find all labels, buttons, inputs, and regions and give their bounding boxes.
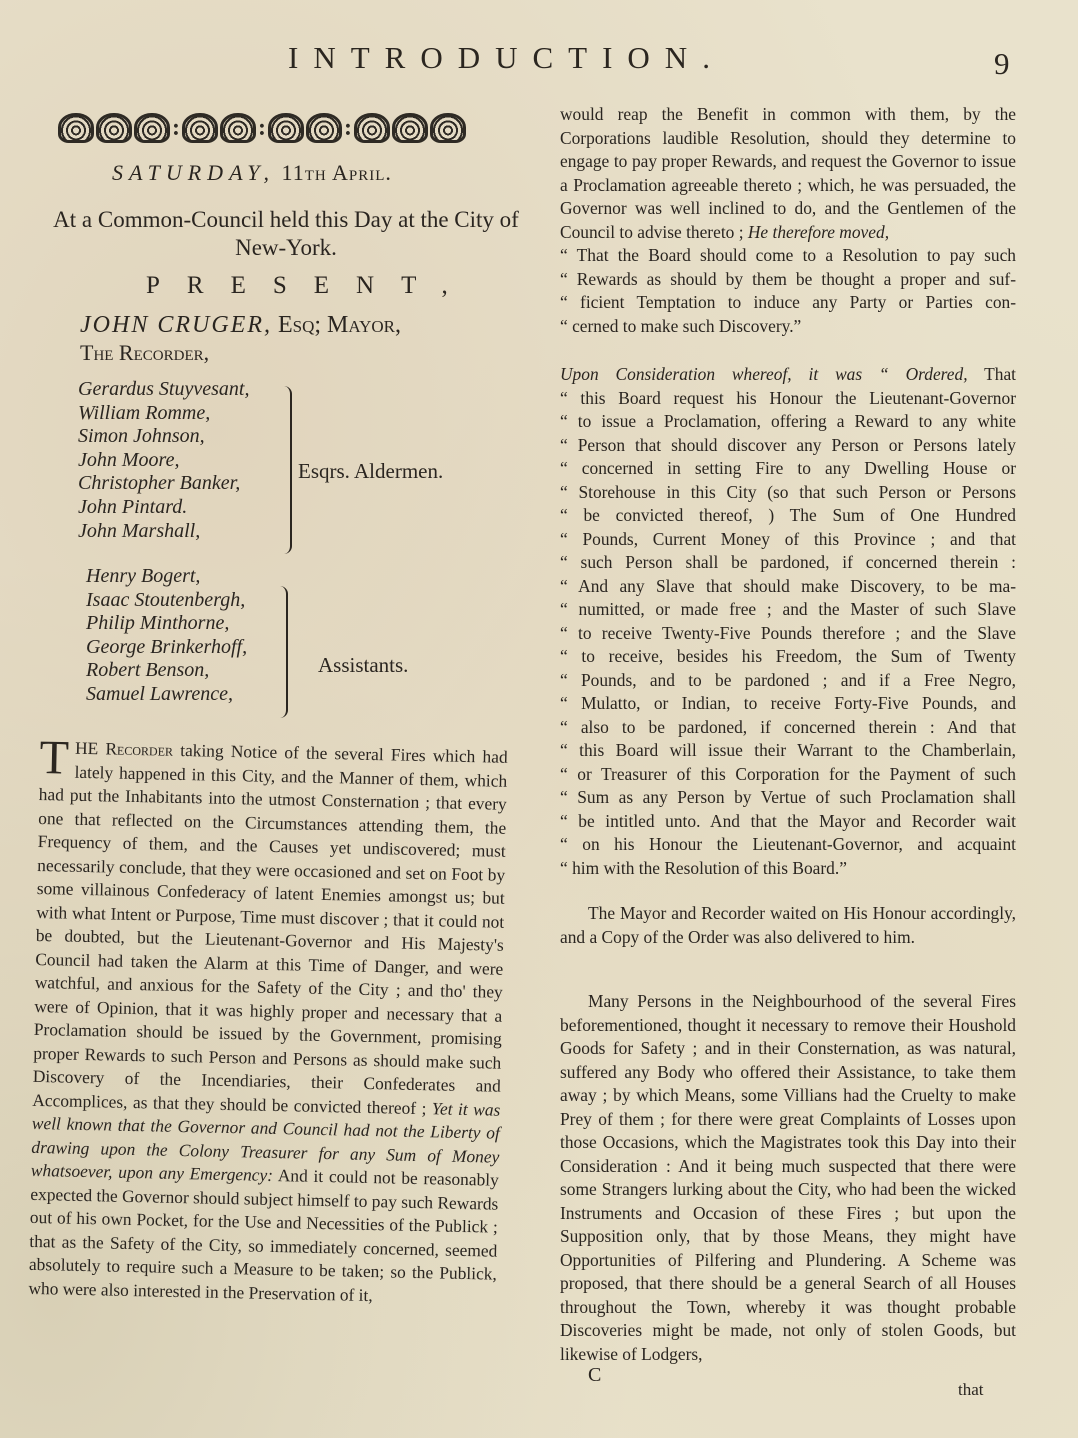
quote-line: “ such Person shall be pardoned, if conc… <box>560 551 1016 575</box>
ornament-scroll-icon <box>306 113 342 143</box>
assistant-name: Robert Benson, <box>86 659 247 683</box>
quote-line: “ ficient Temptation to induce any Party… <box>560 291 1016 315</box>
continuation-paragraph: would reap the Benefit in common with th… <box>560 103 1016 338</box>
alderman-name: John Moore, <box>78 449 249 473</box>
ornament-scroll-icon <box>220 113 256 143</box>
order-italic-lead: Upon Consideration whereof, it was “ Ord… <box>560 364 968 384</box>
paragraph-italic: He therefore moved, <box>748 222 889 242</box>
date-value: 11th April. <box>282 160 392 185</box>
assistants-label: Assistants. <box>318 653 408 678</box>
quote-line: “ also to be pardoned, if concerned ther… <box>560 716 1016 740</box>
paragraph-text: taking Notice of the several Fires which… <box>32 740 508 1118</box>
mayor-title: Esq; Mayor, <box>278 312 401 338</box>
page-number: 9 <box>994 46 1010 82</box>
alderman-name: Gerardus Stuyvesant, <box>78 378 249 402</box>
drop-cap: T <box>39 738 69 779</box>
ornament-colon-icon: : <box>172 116 180 140</box>
assistant-name: Samuel Lawrence, <box>86 683 247 707</box>
quote-line: “ to receive Twenty-Five Pounds therefor… <box>560 622 1016 646</box>
quote-line: “ And any Slave that should make Discove… <box>560 575 1016 599</box>
quote-line: “ this Board request his Honour the Lieu… <box>560 387 1016 411</box>
mayor-name: JOHN CRUGER, <box>80 312 272 338</box>
quote-line: “ him with the Resolution of this Board.… <box>560 857 1016 881</box>
ornament-scroll-icon <box>134 113 170 143</box>
quote-line: “ Pounds, Current Money of this Province… <box>560 528 1016 552</box>
ornament-colon-icon: : <box>258 116 266 140</box>
aldermen-list: Gerardus Stuyvesant, William Romme, Simo… <box>78 378 249 543</box>
signature-mark: C <box>588 1364 601 1387</box>
meeting-heading: At a Common-Council held this Day at the… <box>50 206 522 262</box>
present-heading: PRESENT, <box>146 272 475 300</box>
assistant-name: Henry Bogert, <box>86 565 247 589</box>
recorder-paragraph: THE Recorder taking Notice of the severa… <box>28 736 508 1310</box>
quote-line: “ Sum as any Person by Vertue of such Pr… <box>560 786 1016 810</box>
assistant-name: George Brinkerhoff, <box>86 636 247 660</box>
quote-line: “ Storehouse in this City (so that such … <box>560 481 1016 505</box>
quote-line: “ That the Board should come to a Resolu… <box>560 244 1016 268</box>
date-day: SATURDAY, <box>112 160 275 185</box>
brace-icon <box>276 586 288 718</box>
recorder-line: The Recorder, <box>80 340 209 366</box>
alderman-name: Simon Johnson, <box>78 425 249 449</box>
alderman-name: John Marshall, <box>78 520 249 544</box>
quote-line: “ be intitled unto. And that the Mayor a… <box>560 810 1016 834</box>
running-title: INTRODUCTION. <box>288 40 725 76</box>
quote-line: “ or Treasurer of this Corporation for t… <box>560 763 1016 787</box>
paragraph-lead: HE Recorder <box>75 738 173 760</box>
ornament-scroll-icon <box>182 113 218 143</box>
quote-line: “ to issue a Proclamation, offering a Re… <box>560 410 1016 434</box>
quote-line: “ on his Honour the Lieutenant-Governor,… <box>560 833 1016 857</box>
aldermen-label: Esqrs. Aldermen. <box>298 459 443 484</box>
brace-icon <box>280 386 292 554</box>
quote-line: “ Mulatto, or Indian, to receive Forty-F… <box>560 692 1016 716</box>
quote-line: “ to receive, besides his Freedom, the S… <box>560 645 1016 669</box>
alderman-name: Christopher Banker, <box>78 472 249 496</box>
alderman-name: John Pintard. <box>78 496 249 520</box>
ornament-scroll-icon <box>268 113 304 143</box>
order-first-line: Upon Consideration whereof, it was “ Ord… <box>560 363 1016 387</box>
quote-line: “ this Board will issue their Warrant to… <box>560 739 1016 763</box>
alderman-name: William Romme, <box>78 402 249 426</box>
quote-line: “ cerned to make such Discovery.” <box>560 315 1016 339</box>
assistant-name: Isaac Stoutenbergh, <box>86 589 247 613</box>
order-paragraph: Upon Consideration whereof, it was “ Ord… <box>560 363 1016 880</box>
ornament-scroll-icon <box>354 113 390 143</box>
date-heading: SATURDAY, 11th April. <box>112 160 392 186</box>
quote-line: “ concerned in setting Fire to any Dwell… <box>560 457 1016 481</box>
ornament-scroll-icon <box>392 113 428 143</box>
book-page: INTRODUCTION. 9 : : : SATURDAY, 11th Apr… <box>0 0 1078 1438</box>
mayor-waited-paragraph: The Mayor and Recorder waited on His Hon… <box>560 902 1016 949</box>
catchword: that <box>958 1380 984 1400</box>
quote-line: “ numitted, or made free ; and the Maste… <box>560 598 1016 622</box>
quote-line: “ Person that should discover any Person… <box>560 434 1016 458</box>
paragraph-text: And it could not be reasonably expected … <box>28 1165 499 1305</box>
quote-line: “ Rewards as should by them be thought a… <box>560 268 1016 292</box>
quote-line: “ be convicted thereof, ) The Sum of One… <box>560 504 1016 528</box>
assistant-name: Philip Minthorne, <box>86 612 247 636</box>
quote-line: “ Pounds, and to be pardoned ; and if a … <box>560 669 1016 693</box>
ornament-scroll-icon <box>58 113 94 143</box>
assistants-list: Henry Bogert, Isaac Stoutenbergh, Philip… <box>86 565 247 707</box>
ornament-scroll-icon <box>430 113 466 143</box>
search-scheme-paragraph: Many Persons in the Neighbourhood of the… <box>560 990 1016 1366</box>
ornament-band-icon: : : : <box>58 110 524 146</box>
quote-line: That <box>984 364 1016 384</box>
ornament-scroll-icon <box>96 113 132 143</box>
mayor-line: JOHN CRUGER, Esq; Mayor, <box>80 312 401 339</box>
ornament-colon-icon: : <box>344 116 352 140</box>
